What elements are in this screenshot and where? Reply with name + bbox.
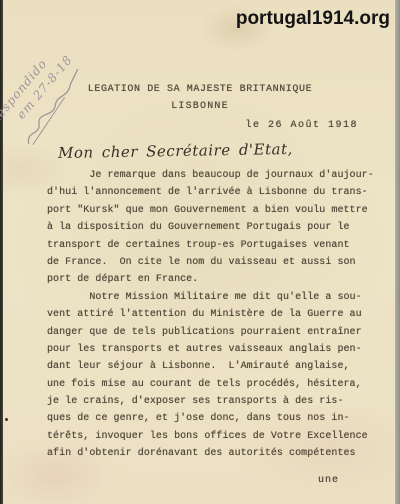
typed-line: transport de certaines troup-es Portugai…	[47, 237, 377, 254]
typed-line: danger que de tels publications pourraie…	[47, 324, 377, 341]
handwritten-annotation: Respondido em 27-8-18	[0, 3, 125, 153]
handwritten-salutation: Mon cher Secrétaire d'Etat,	[58, 140, 293, 162]
paper-speck	[5, 418, 8, 421]
page-catchword: une	[318, 475, 339, 486]
typed-line: ques de ce genre, et j'ose donc, dans to…	[47, 410, 377, 427]
scanned-letter-page: portugal1914.org Respondido em 27-8-18 L…	[0, 0, 400, 504]
typed-line: Notre Mission Militaire me dit qu'elle a…	[47, 289, 377, 306]
typed-line: port "Kursk" que mon Gouvernement a bien…	[47, 202, 377, 219]
scan-edge-right	[395, 0, 400, 504]
typed-line: dant leur séjour à Lisbonne. L'Amirauté …	[47, 358, 377, 375]
site-watermark: portugal1914.org	[236, 8, 390, 30]
typed-line: à la disposition du Gouvernement Portuga…	[47, 219, 377, 236]
typed-line: d'hui l'annoncement de l'arrivée à Lisbo…	[47, 184, 377, 201]
typed-line: afin d'obtenir dorénavant des autorités …	[47, 445, 377, 462]
letter-date: le 26 Août 1918	[245, 120, 358, 131]
typed-line: Je remarque dans beaucoup de journaux d'…	[47, 167, 377, 184]
typed-line: pour les transports et autres vaisseaux …	[47, 341, 377, 358]
typed-line: de France. On cite le nom du vaisseau et…	[47, 254, 377, 271]
letter-body: Je remarque dans beaucoup de journaux d'…	[47, 167, 377, 463]
typed-line: térêts, invoquer les bons offices de Vot…	[47, 428, 377, 445]
letterhead-legation-line: LEGATION DE SA MAJESTE BRITANNIQUE	[0, 84, 400, 95]
letterhead-city-line: LISBONNE	[0, 101, 400, 112]
scan-edge-left	[0, 0, 3, 504]
typed-line: vent attiré l'attention du Ministère de …	[47, 306, 377, 323]
typed-line: je le crains, d'exposer ses transports à…	[47, 393, 377, 410]
typed-line: port de départ en France.	[47, 271, 377, 288]
typed-line: une fois mise au courant de tels procédé…	[47, 376, 377, 393]
